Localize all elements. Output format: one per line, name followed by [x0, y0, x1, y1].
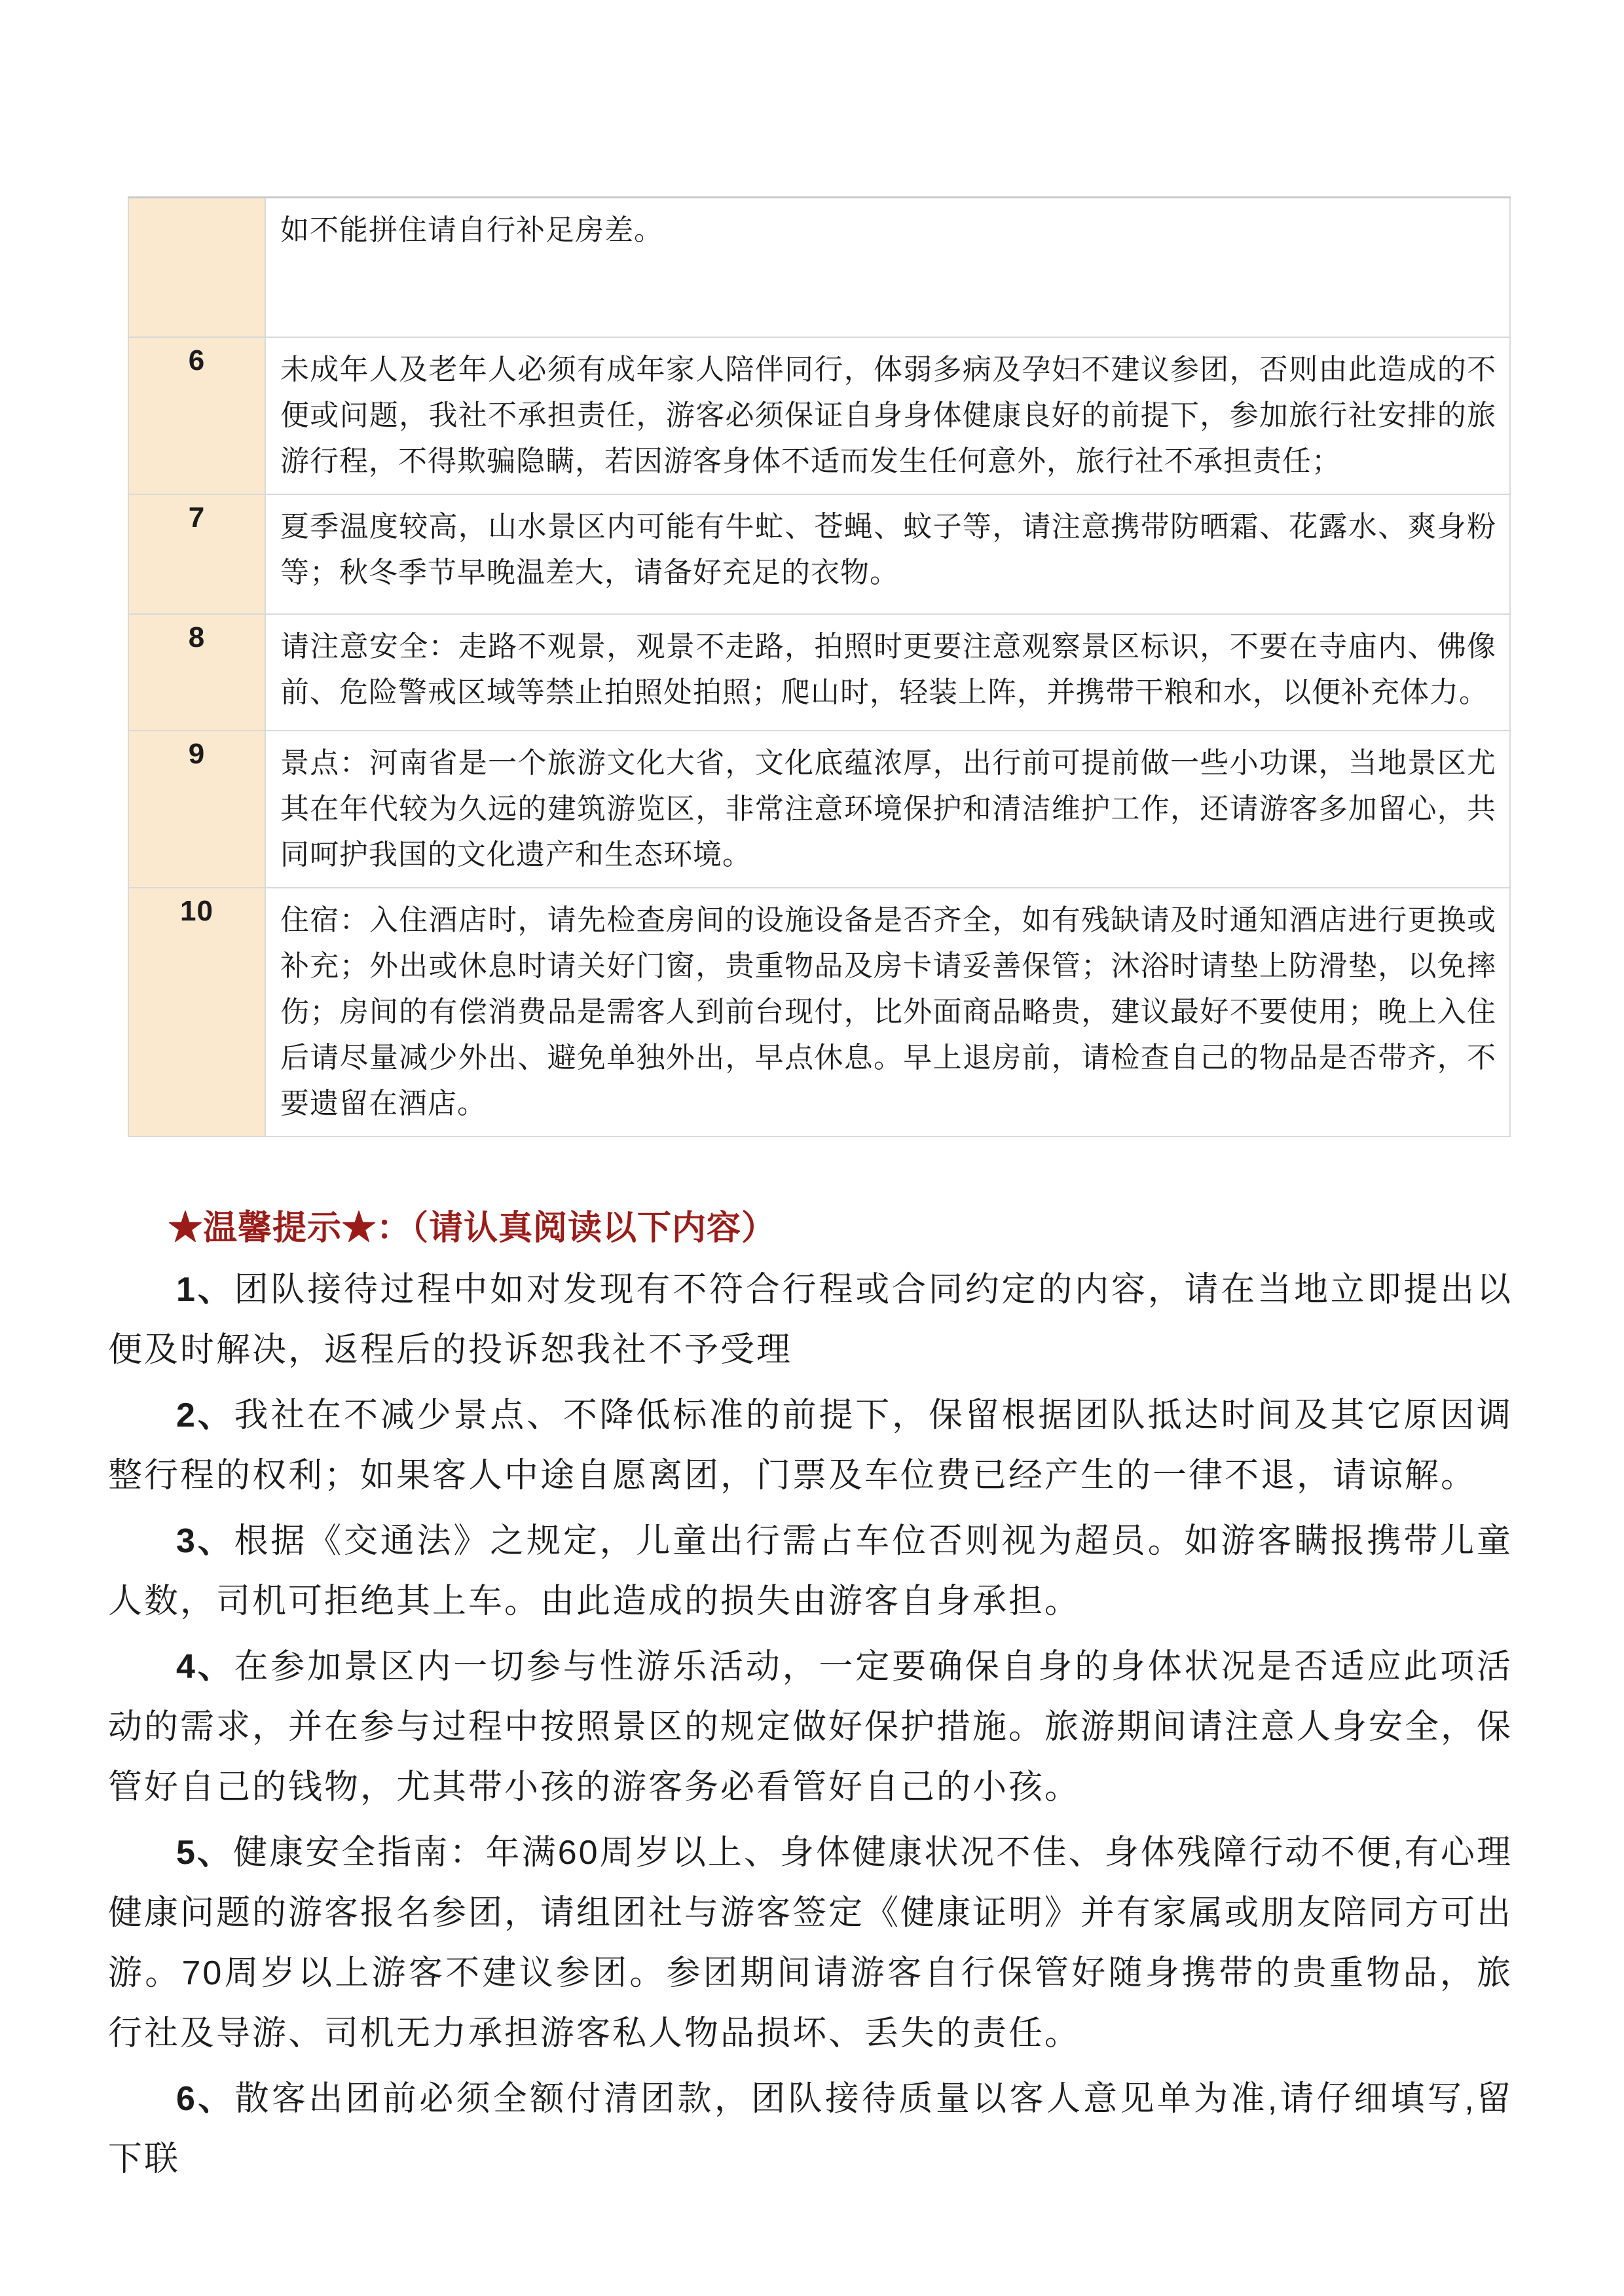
tip-item-number: 6、 [176, 2080, 235, 2118]
row-number-cell: 10 [128, 888, 265, 1137]
tip-item-number: 5、 [176, 1834, 233, 1872]
tips-list: 1、团队接待过程中如对发现有不符合行程或合同约定的内容，请在当地立即提出以便及时… [0, 1260, 1624, 2189]
table-row: 8 请注意安全：走路不观景，观景不走路，拍照时更要注意观察景区标识，不要在寺庙内… [128, 614, 1510, 731]
table-row: 6 未成年人及老年人必须有成年家人陪伴同行，体弱多病及孕妇不建议参团，否则由此造… [128, 337, 1510, 494]
tip-item: 4、在参加景区内一切参与性游乐活动，一定要确保自身的身体状况是否适应此项活动的需… [108, 1637, 1513, 1817]
notes-table-body: 如不能拼住请自行补足房差。 6 未成年人及老年人必须有成年家人陪伴同行，体弱多病… [128, 198, 1510, 1137]
tip-item-number: 3、 [176, 1522, 234, 1560]
table-row: 9 景点：河南省是一个旅游文化大省，文化底蕴浓厚，出行前可提前做一些小功课，当地… [128, 731, 1510, 888]
tip-item: 5、健康安全指南：年满60周岁以上、身体健康状况不佳、身体残障行动不便,有心理健… [108, 1823, 1513, 2064]
row-text-cell: 夏季温度较高，山水景区内可能有牛虻、苍蝇、蚊子等，请注意携带防晒霜、花露水、爽身… [265, 494, 1510, 614]
tip-item: 6、散客出团前必须全额付清团款，团队接待质量以客人意见单为准,请仔细填写,留下联 [108, 2069, 1513, 2189]
tip-item: 1、团队接待过程中如对发现有不符合行程或合同约定的内容，请在当地立即提出以便及时… [108, 1260, 1513, 1380]
row-text-cell: 未成年人及老年人必须有成年家人陪伴同行，体弱多病及孕妇不建议参团，否则由此造成的… [265, 337, 1510, 494]
row-number-cell: 6 [128, 337, 265, 494]
tip-item-number: 4、 [176, 1648, 234, 1686]
tips-heading: ★温馨提示★：（请认真阅读以下内容） [168, 1200, 1624, 1249]
tip-item-text: 根据《交通法》之规定，儿童出行需占车位否则视为超员。如游客瞒报携带儿童人数，司机… [108, 1522, 1513, 1620]
row-number-cell: 7 [128, 494, 265, 614]
tip-item-text: 团队接待过程中如对发现有不符合行程或合同约定的内容，请在当地立即提出以便及时解决… [108, 1271, 1513, 1369]
row-text-cell: 住宿：入住酒店时，请先检查房间的设施设备是否齐全，如有残缺请及时通知酒店进行更换… [265, 888, 1510, 1137]
row-number-cell: 9 [128, 731, 265, 888]
tip-item: 2、我社在不减少景点、不降低标准的前提下，保留根据团队抵达时间及其它原因调整行程… [108, 1385, 1513, 1506]
table-row: 如不能拼住请自行补足房差。 [128, 198, 1510, 337]
row-number-cell: 8 [128, 614, 265, 731]
tip-item-text: 我社在不减少景点、不降低标准的前提下，保留根据团队抵达时间及其它原因调整行程的权… [108, 1396, 1513, 1495]
table-row: 10 住宿：入住酒店时，请先检查房间的设施设备是否齐全，如有残缺请及时通知酒店进… [128, 888, 1510, 1137]
tip-item-number: 2、 [176, 1396, 234, 1434]
row-text-cell: 如不能拼住请自行补足房差。 [265, 198, 1510, 337]
row-text-cell: 景点：河南省是一个旅游文化大省，文化底蕴浓厚，出行前可提前做一些小功课，当地景区… [265, 731, 1510, 888]
tip-item-text: 在参加景区内一切参与性游乐活动，一定要确保自身的身体状况是否适应此项活动的需求，… [108, 1648, 1513, 1806]
tip-item-text: 散客出团前必须全额付清团款，团队接待质量以客人意见单为准,请仔细填写,留下联 [108, 2080, 1513, 2178]
tip-item-number: 1、 [176, 1271, 234, 1309]
tip-item-text: 健康安全指南：年满60周岁以上、身体健康状况不佳、身体残障行动不便,有心理健康问… [108, 1834, 1513, 2052]
tip-item: 3、根据《交通法》之规定，儿童出行需占车位否则视为超员。如游客瞒报携带儿童人数，… [108, 1511, 1513, 1631]
row-number-cell [128, 198, 265, 337]
table-row: 7 夏季温度较高，山水景区内可能有牛虻、苍蝇、蚊子等，请注意携带防晒霜、花露水、… [128, 494, 1510, 614]
notes-table: 如不能拼住请自行补足房差。 6 未成年人及老年人必须有成年家人陪伴同行，体弱多病… [128, 196, 1511, 1137]
row-text-cell: 请注意安全：走路不观景，观景不走路，拍照时更要注意观察景区标识，不要在寺庙内、佛… [265, 614, 1510, 731]
document-page: 如不能拼住请自行补足房差。 6 未成年人及老年人必须有成年家人陪伴同行，体弱多病… [0, 0, 1624, 2296]
